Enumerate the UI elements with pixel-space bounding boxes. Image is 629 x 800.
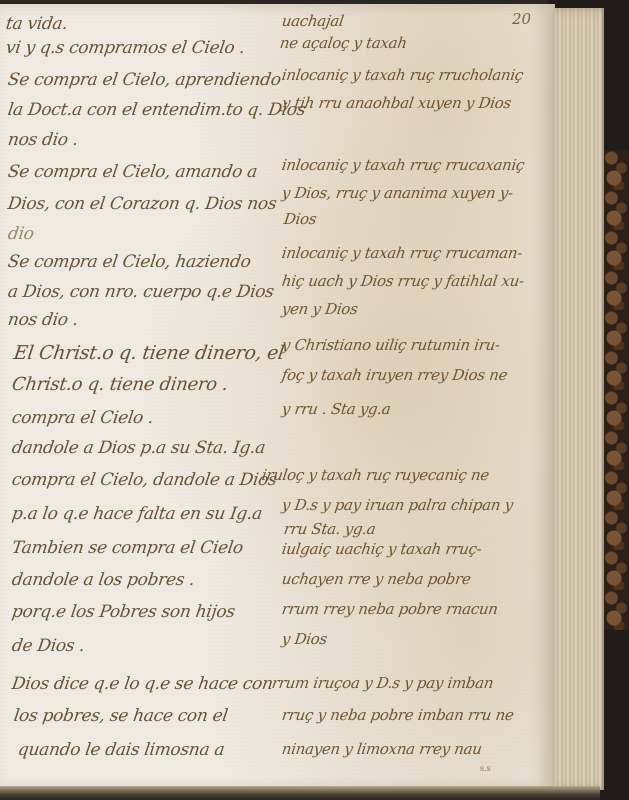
right-line: inlocaniç y taxah rruç rrucaman- bbox=[281, 244, 524, 262]
right-line: rru Sta. yg.a bbox=[283, 520, 377, 538]
right-line: iulgaiç uachiç y taxah rruç- bbox=[281, 540, 483, 558]
left-line: Dios, con el Corazon q. Dios nos bbox=[7, 194, 278, 214]
right-line: y Christiano uiliç rutumin iru- bbox=[281, 336, 501, 354]
left-line: compra el Cielo . bbox=[11, 408, 155, 428]
left-line: la Doct.a con el entendim.to q. Dios bbox=[7, 100, 307, 120]
manuscript-page: 20 ta vida. vi y q.s compramos el Cielo … bbox=[0, 4, 555, 790]
left-line: nos dio . bbox=[7, 310, 80, 330]
left-line: de Dios . bbox=[11, 636, 86, 656]
right-line: y rru . Sta yg.a bbox=[281, 400, 392, 418]
right-line: y Dios bbox=[281, 630, 329, 648]
right-line: rruç y neba pobre imban rru ne bbox=[281, 706, 515, 724]
left-line: Se compra el Cielo, haziendo bbox=[7, 252, 252, 272]
right-line: y tih rru anaohbal xuyen y Dios bbox=[281, 94, 513, 112]
right-line: uachajal bbox=[281, 12, 345, 30]
right-line: inlocaniç y taxah rruç rrucaxaniç bbox=[281, 156, 526, 174]
left-line: ta vida. bbox=[5, 14, 69, 34]
right-line: uchayen rre y neba pobre bbox=[281, 570, 472, 588]
right-line: foç y taxah iruyen rrey Dios ne bbox=[281, 366, 509, 384]
left-line: compra el Cielo, dandole a Dios bbox=[11, 470, 278, 490]
right-line: iruloç y taxah ruç ruyecaniç ne bbox=[261, 466, 491, 484]
left-line: dandole a los pobres . bbox=[11, 570, 196, 590]
left-line: El Christ.o q. tiene dinero, el bbox=[12, 342, 285, 364]
left-line: porq.e los Pobres son hijos bbox=[11, 602, 237, 622]
left-line: Dios dice q.e lo q.e se hace con bbox=[11, 674, 274, 694]
catchword-mark: s.s bbox=[480, 764, 491, 773]
right-line: inlocaniç y taxah ruç rrucholaniç bbox=[281, 66, 525, 84]
left-line: vi y q.s compramos el Cielo . bbox=[5, 38, 246, 58]
left-line: Christ.o q. tiene dinero . bbox=[11, 374, 230, 395]
left-line: Se compra el Cielo, amando a bbox=[7, 162, 259, 182]
right-line: y D.s y pay iruan palra chipan y bbox=[281, 496, 514, 514]
left-line: quando le dais limosna a bbox=[17, 740, 226, 760]
right-line: rrum rrey neba pobre rnacun bbox=[281, 600, 499, 618]
right-line: yen y Dios bbox=[281, 300, 359, 318]
left-line: a Dios, con nro. cuerpo q.e Dios bbox=[7, 282, 275, 302]
right-line: hiç uach y Dios rruç y fatihlal xu- bbox=[281, 272, 526, 290]
right-line: y Dios, rruç y ananima xuyen y- bbox=[281, 184, 514, 202]
left-line: dio bbox=[7, 224, 35, 244]
marbled-cover bbox=[604, 150, 629, 630]
right-line: Dios bbox=[283, 210, 318, 228]
right-line: rrum iruçoa y D.s y pay imban bbox=[271, 674, 495, 692]
left-line: dandole a Dios p.a su Sta. Ig.a bbox=[11, 438, 267, 458]
left-line: Se compra el Cielo, aprendiendo bbox=[7, 70, 283, 90]
left-line: los pobres, se hace con el bbox=[13, 706, 229, 726]
left-line: nos dio . bbox=[7, 130, 80, 150]
left-line: Tambien se compra el Cielo bbox=[11, 538, 245, 558]
folio-number: 20 bbox=[512, 10, 531, 28]
bottom-page-edge bbox=[0, 786, 600, 800]
right-line: ne açaloç y taxah bbox=[279, 34, 408, 52]
left-line: p.a lo q.e hace falta en su Ig.a bbox=[11, 504, 264, 524]
right-line: ninayen y limoxna rrey nau bbox=[281, 740, 483, 758]
